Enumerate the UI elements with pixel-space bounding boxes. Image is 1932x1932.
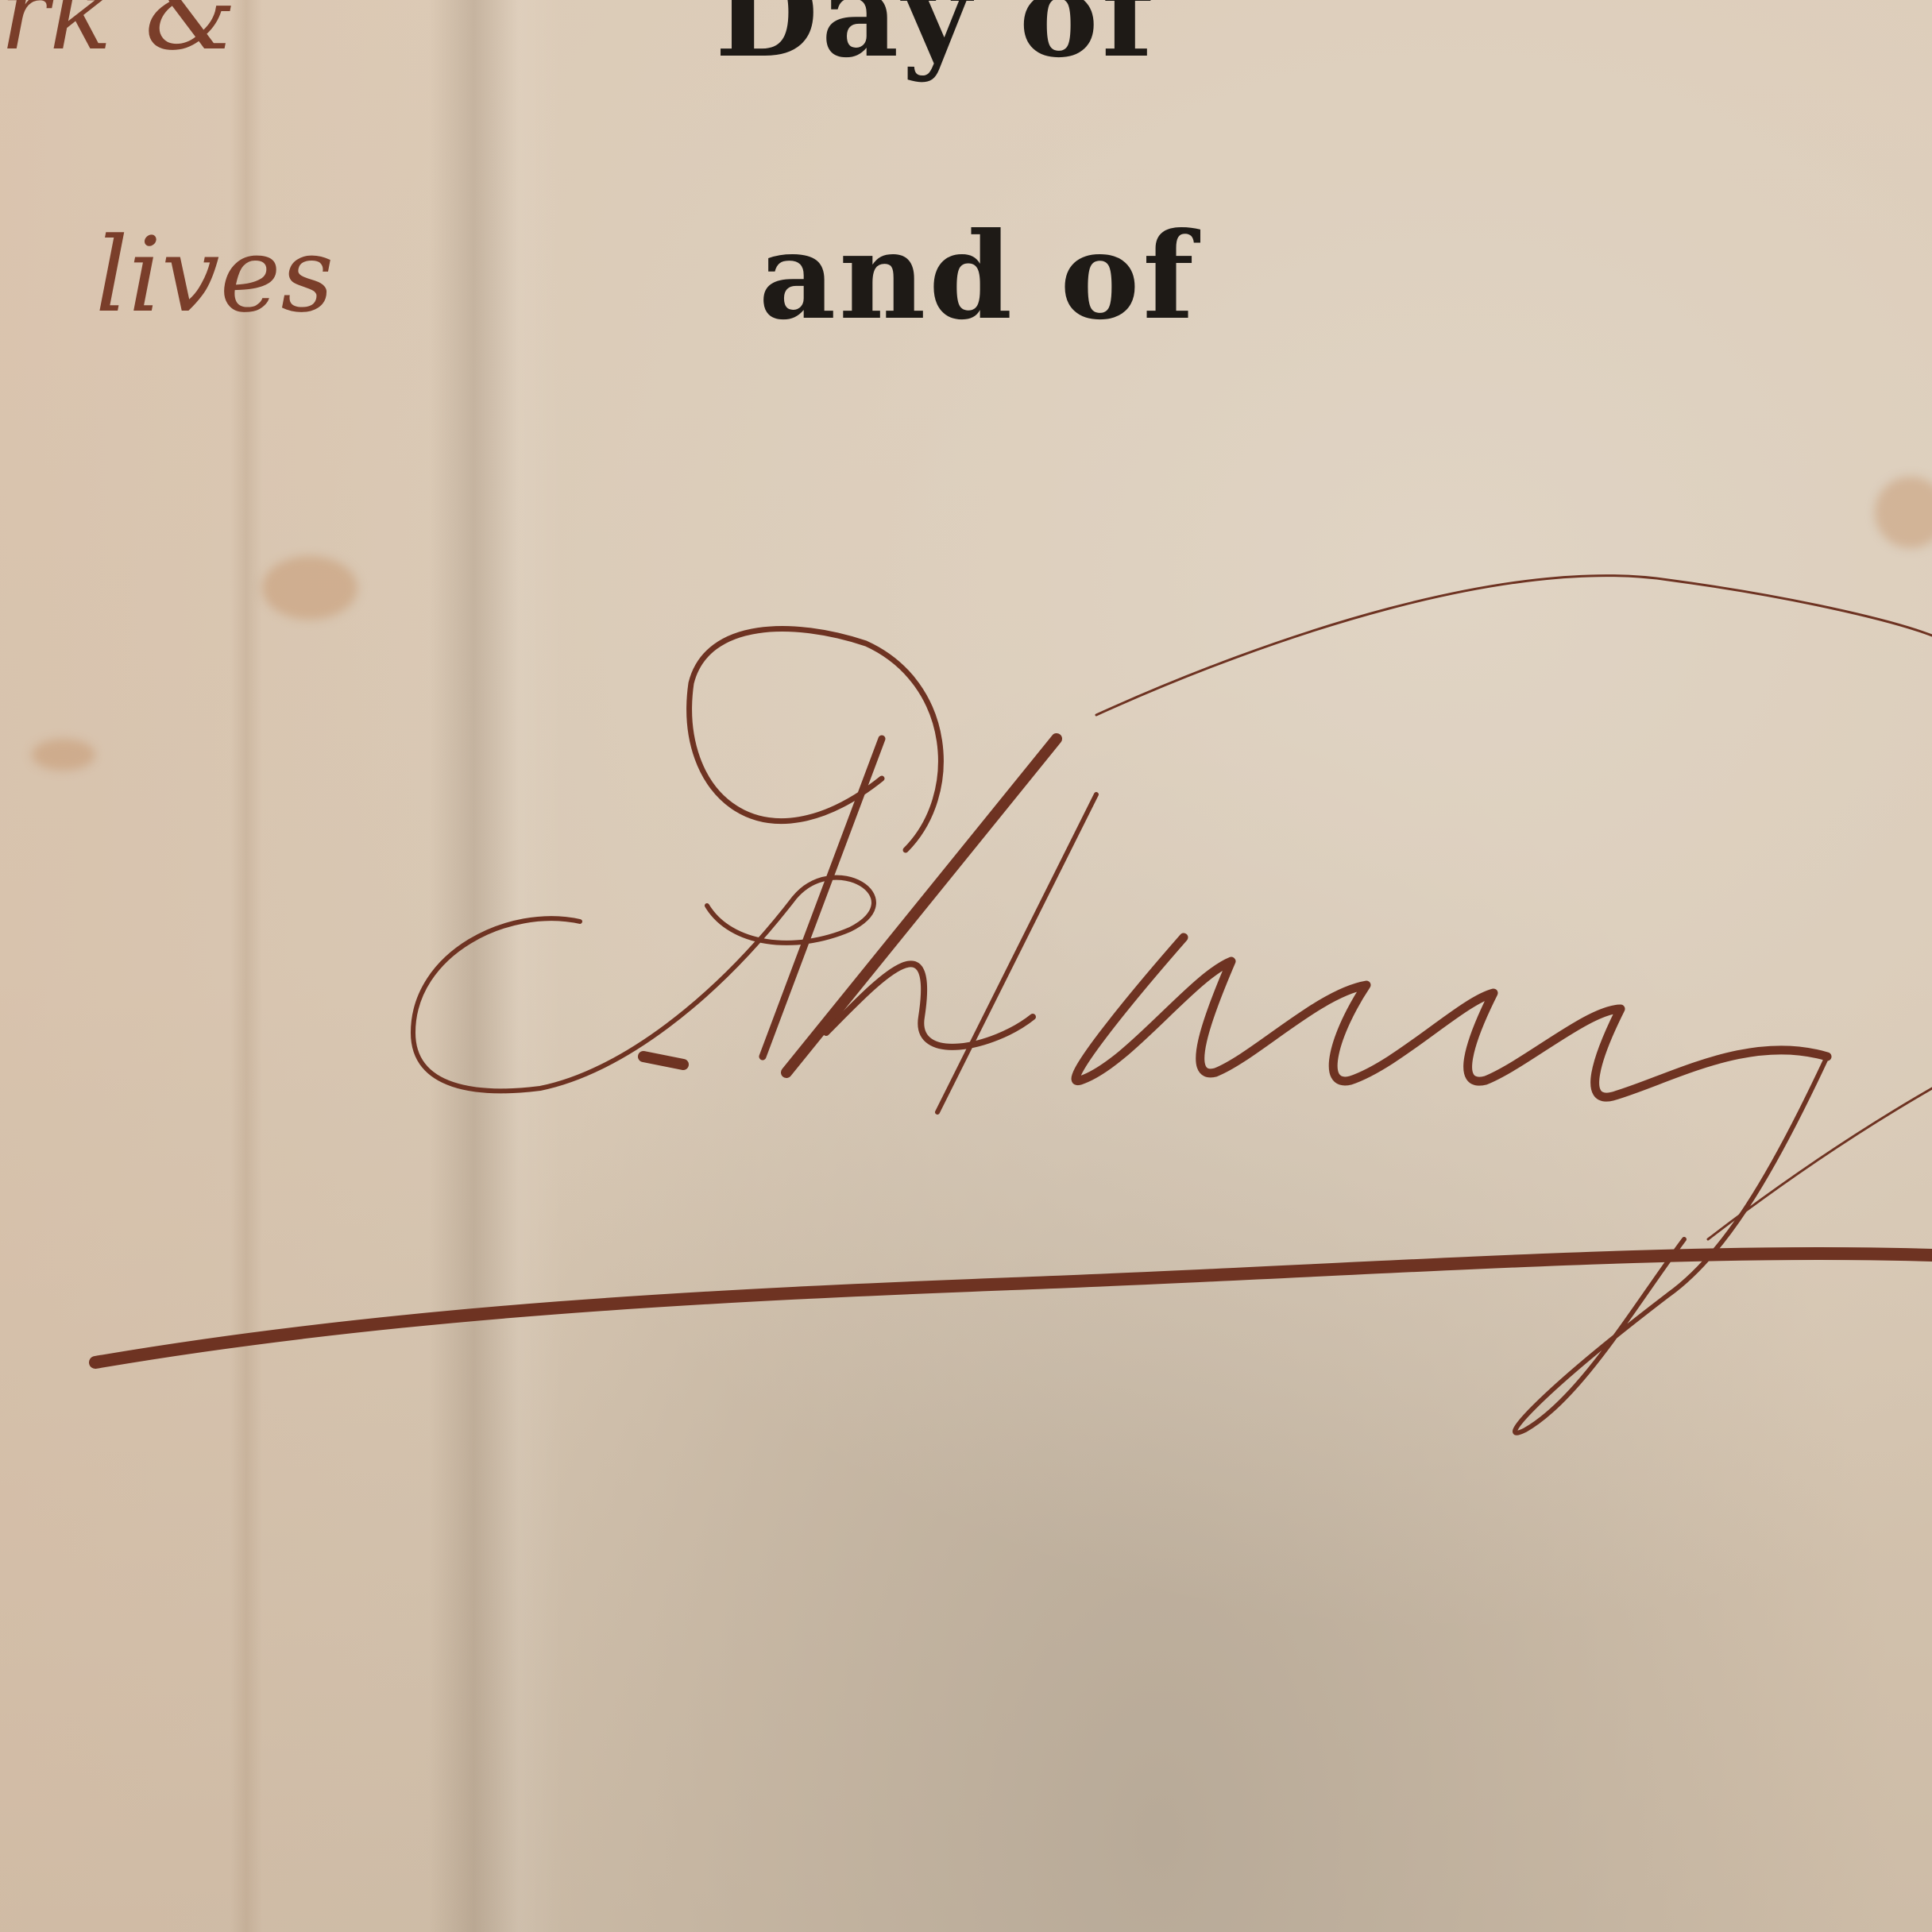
signature-p-henry [0, 0, 1932, 1932]
document-photo: Day of and of rk & lives [0, 0, 1932, 1932]
